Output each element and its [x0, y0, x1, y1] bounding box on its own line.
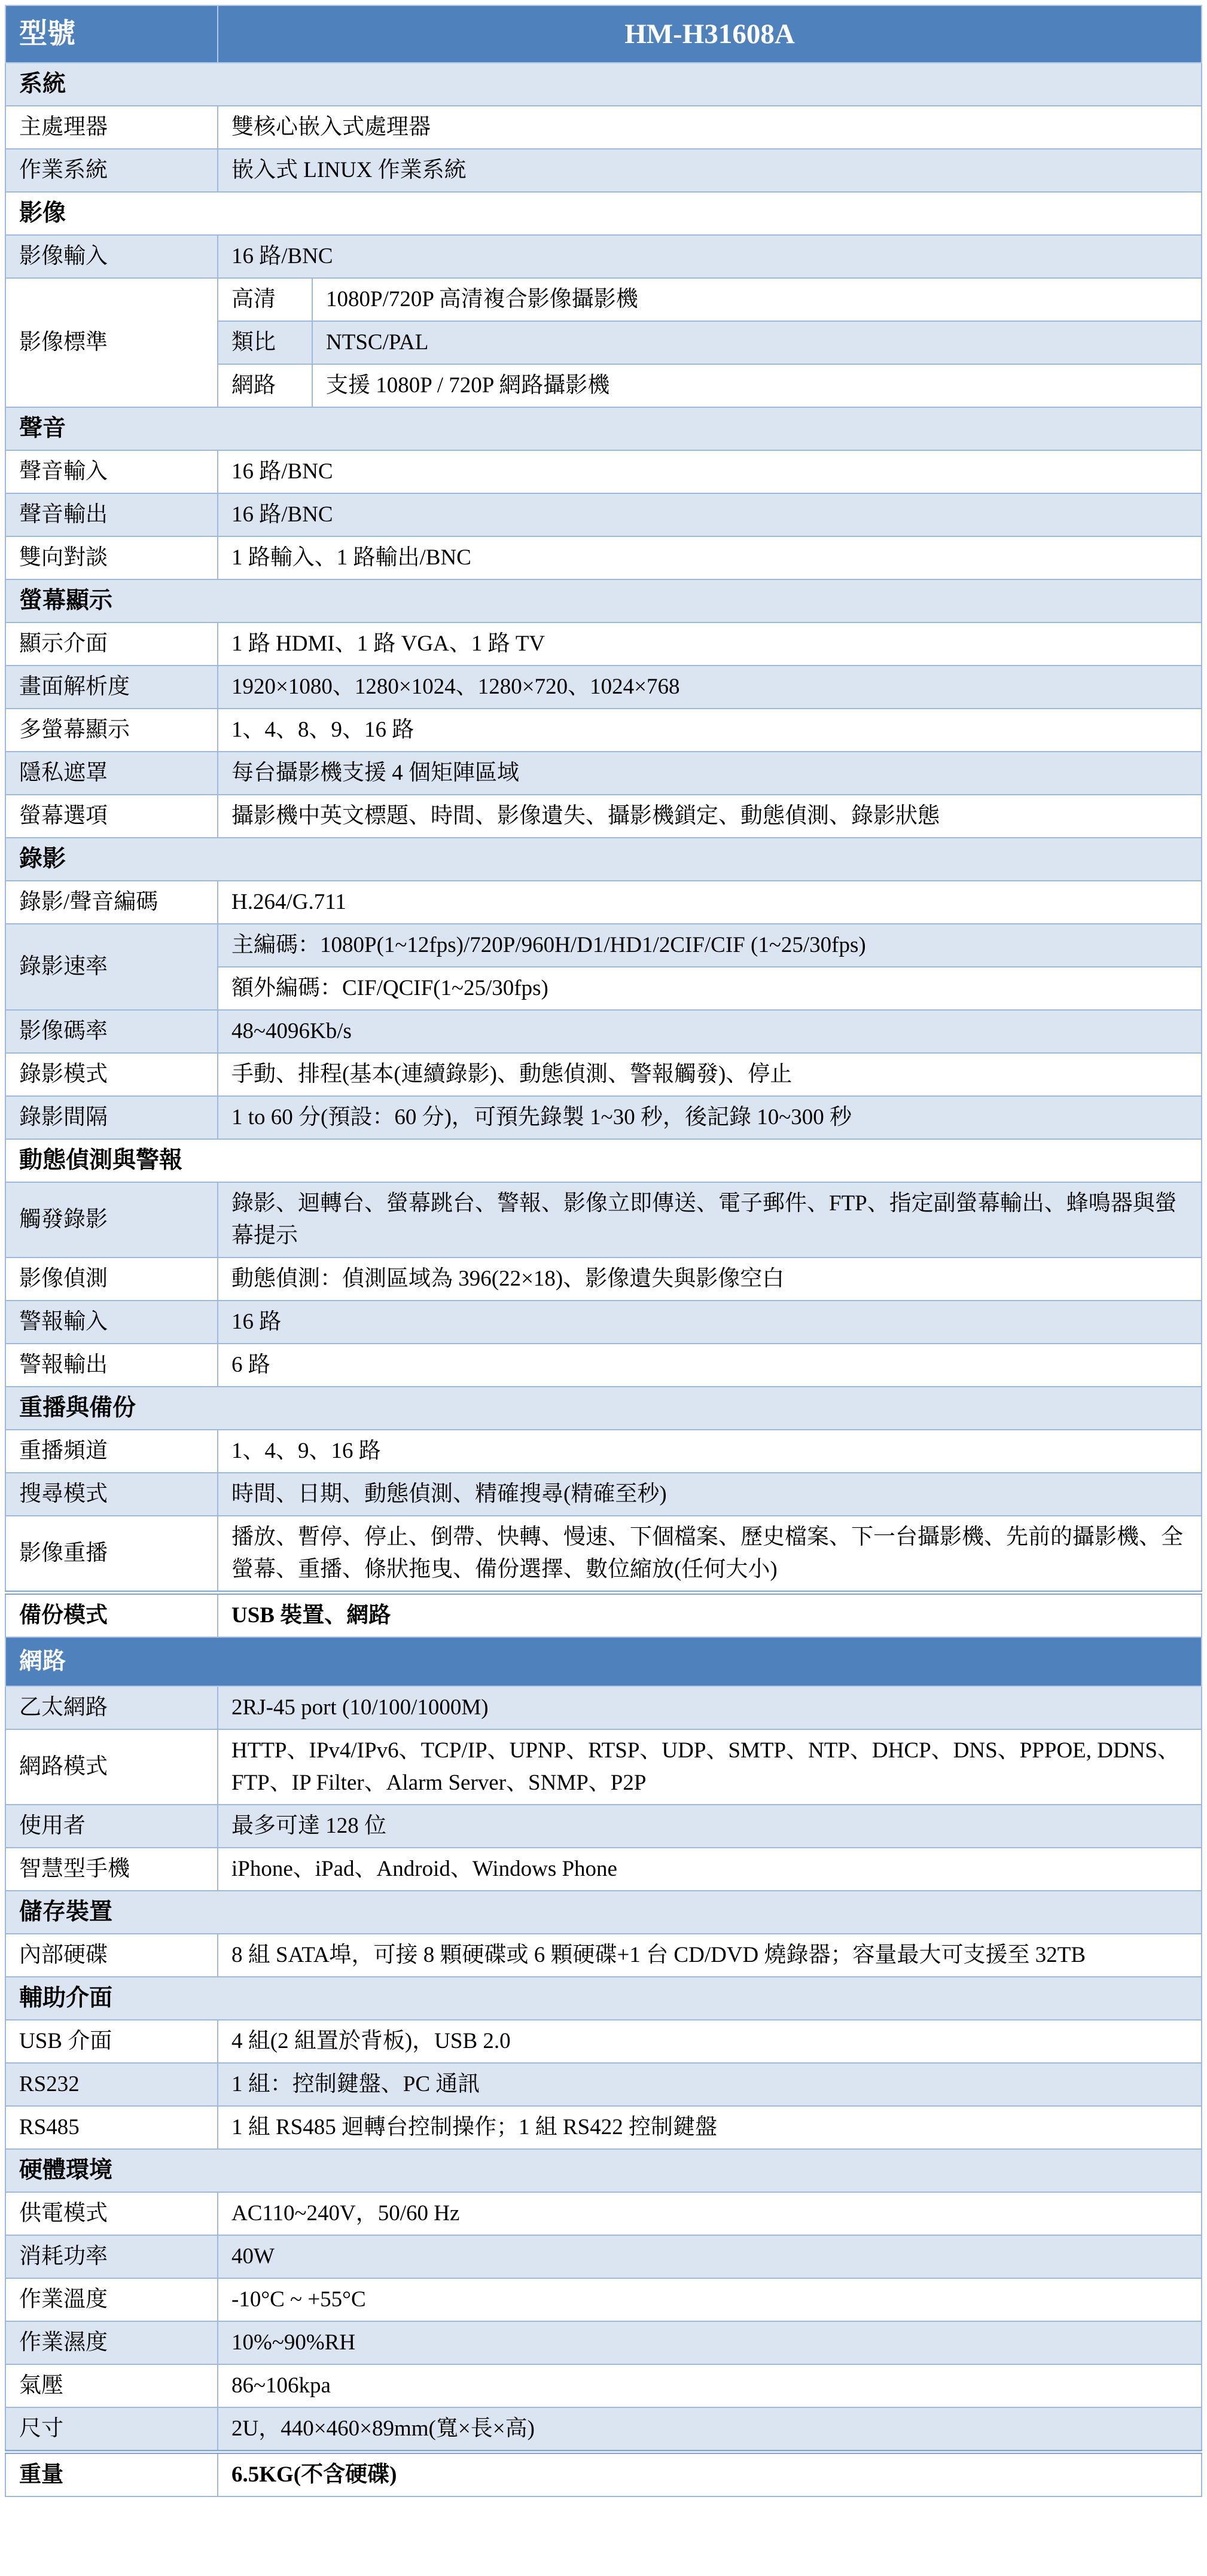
row-sublabel: 類比 [218, 321, 312, 364]
spec-row: 主處理器 雙核心嵌入式處理器 [5, 106, 1202, 149]
section-title: 輔助介面 [5, 1977, 1202, 2020]
row-label: 錄影模式 [5, 1053, 218, 1096]
row-value: H.264/G.711 [218, 881, 1202, 924]
spec-row: 錄影/聲音編碼 H.264/G.711 [5, 881, 1202, 924]
spec-row: 備份模式 USB 裝置、網路 [5, 1593, 1202, 1638]
spec-row: 重量 6.5KG(不含硬碟) [5, 2452, 1202, 2497]
section-row-system: 系統 [5, 63, 1202, 106]
row-label: 主處理器 [5, 106, 218, 149]
spec-row: 警報輸出 6 路 [5, 1344, 1202, 1387]
spec-row: 顯示介面 1 路 HDMI、1 路 VGA、1 路 TV [5, 622, 1202, 666]
section-row-motion-alarm: 動態偵測與警報 [5, 1139, 1202, 1182]
spec-row: 畫面解析度 1920×1080、1280×1024、1280×720、1024×… [5, 666, 1202, 709]
row-label: 內部硬碟 [5, 1934, 218, 1977]
row-value: 6.5KG(不含硬碟) [218, 2452, 1202, 2497]
row-label: 隱私遮罩 [5, 752, 218, 795]
row-label: RS232 [5, 2063, 218, 2106]
row-value: iPhone、iPad、Android、Windows Phone [218, 1848, 1202, 1891]
table-header-row: 型號 HM-H31608A [5, 5, 1202, 63]
spec-row: 螢幕選項 攝影機中英文標題、時間、影像遺失、攝影機鎖定、動態偵測、錄影狀態 [5, 795, 1202, 838]
row-value: 6 路 [218, 1344, 1202, 1387]
row-label: USB 介面 [5, 2020, 218, 2063]
section-title: 儲存裝置 [5, 1891, 1202, 1934]
row-label: 影像偵測 [5, 1258, 218, 1301]
row-label: 顯示介面 [5, 622, 218, 666]
spec-row: 影像輸入 16 路/BNC [5, 235, 1202, 278]
row-label: 重量 [5, 2452, 218, 2497]
section-row-display: 螢幕顯示 [5, 579, 1202, 622]
row-value: -10°C ~ +55°C [218, 2278, 1202, 2321]
spec-row: 錄影間隔 1 to 60 分(預設：60 分)，可預先錄製 1~30 秒，後記錄… [5, 1096, 1202, 1139]
row-value: 10%~90%RH [218, 2321, 1202, 2364]
spec-row: 聲音輸出 16 路/BNC [5, 493, 1202, 536]
row-value: 1 路 HDMI、1 路 VGA、1 路 TV [218, 622, 1202, 666]
row-label: 影像輸入 [5, 235, 218, 278]
row-value: 每台攝影機支援 4 個矩陣區域 [218, 752, 1202, 795]
row-value: 4 組(2 組置於背板)，USB 2.0 [218, 2020, 1202, 2063]
row-label: 警報輸入 [5, 1301, 218, 1344]
row-label: 氣壓 [5, 2364, 218, 2407]
row-label: 消耗功率 [5, 2235, 218, 2278]
row-value: 16 路 [218, 1301, 1202, 1344]
spec-table: 型號 HM-H31608A 系統 主處理器 雙核心嵌入式處理器 作業系統 嵌入式… [5, 5, 1202, 2497]
row-value: 錄影、迴轉台、螢幕跳台、警報、影像立即傳送、電子郵件、FTP、指定副螢幕輸出、蜂… [218, 1182, 1202, 1258]
row-value: 1 路輸入、1 路輸出/BNC [218, 536, 1202, 579]
spec-row: 重播頻道 1、4、9、16 路 [5, 1430, 1202, 1473]
row-label: 作業系統 [5, 149, 218, 192]
spec-row: 網路模式 HTTP、IPv4/IPv6、TCP/IP、UPNP、RTSP、UDP… [5, 1729, 1202, 1805]
row-value: HTTP、IPv4/IPv6、TCP/IP、UPNP、RTSP、UDP、SMTP… [218, 1729, 1202, 1805]
spec-row: 多螢幕顯示 1、4、8、9、16 路 [5, 709, 1202, 752]
spec-row: 搜尋模式 時間、日期、動態偵測、精確搜尋(精確至秒) [5, 1473, 1202, 1516]
row-label: 備份模式 [5, 1593, 218, 1638]
row-label: 作業溫度 [5, 2278, 218, 2321]
section-row-network: 網路 [5, 1637, 1202, 1686]
model-value: HM-H31608A [218, 5, 1202, 63]
section-title: 系統 [5, 63, 1202, 106]
spec-row: 聲音輸入 16 路/BNC [5, 450, 1202, 493]
row-value: NTSC/PAL [312, 321, 1202, 364]
row-value: 雙核心嵌入式處理器 [218, 106, 1202, 149]
section-title: 螢幕顯示 [5, 579, 1202, 622]
section-row-audio: 聲音 [5, 407, 1202, 450]
spec-row: 內部硬碟 8 組 SATA埠，可接 8 顆硬碟或 6 顆硬碟+1 台 CD/DV… [5, 1934, 1202, 1977]
row-value: 1 組：控制鍵盤、PC 通訊 [218, 2063, 1202, 2106]
spec-row: 影像重播 播放、暫停、停止、倒帶、快轉、慢速、下個檔案、歷史檔案、下一台攝影機、… [5, 1516, 1202, 1593]
row-label: 錄影間隔 [5, 1096, 218, 1139]
row-sublabel: 網路 [218, 364, 312, 407]
section-row-playback-backup: 重播與備份 [5, 1387, 1202, 1430]
spec-row: 乙太網路 2RJ-45 port (10/100/1000M) [5, 1686, 1202, 1729]
row-label: 畫面解析度 [5, 666, 218, 709]
row-label: 供電模式 [5, 2192, 218, 2235]
spec-row: 供電模式 AC110~240V，50/60 Hz [5, 2192, 1202, 2235]
row-value: 2U，440×460×89mm(寬×長×高) [218, 2407, 1202, 2452]
row-label: RS485 [5, 2106, 218, 2149]
row-value: 86~106kpa [218, 2364, 1202, 2407]
row-value: 嵌入式 LINUX 作業系統 [218, 149, 1202, 192]
row-label: 影像重播 [5, 1516, 218, 1593]
row-label: 聲音輸入 [5, 450, 218, 493]
row-value: 攝影機中英文標題、時間、影像遺失、攝影機鎖定、動態偵測、錄影狀態 [218, 795, 1202, 838]
spec-sheet: 型號 HM-H31608A 系統 主處理器 雙核心嵌入式處理器 作業系統 嵌入式… [0, 0, 1207, 2497]
row-value: 16 路/BNC [218, 493, 1202, 536]
row-value: AC110~240V，50/60 Hz [218, 2192, 1202, 2235]
row-label: 影像碼率 [5, 1010, 218, 1053]
row-label: 錄影速率 [5, 924, 218, 1010]
section-row-recording: 錄影 [5, 838, 1202, 881]
spec-row: 尺寸 2U，440×460×89mm(寬×長×高) [5, 2407, 1202, 2452]
row-value: 1 組 RS485 迴轉台控制操作；1 組 RS422 控制鍵盤 [218, 2106, 1202, 2149]
row-value: 播放、暫停、停止、倒帶、快轉、慢速、下個檔案、歷史檔案、下一台攝影機、先前的攝影… [218, 1516, 1202, 1593]
row-value: 支援 1080P / 720P 網路攝影機 [312, 364, 1202, 407]
spec-row: 作業系統 嵌入式 LINUX 作業系統 [5, 149, 1202, 192]
row-label: 重播頻道 [5, 1430, 218, 1473]
row-value: 2RJ-45 port (10/100/1000M) [218, 1686, 1202, 1729]
spec-row: 錄影模式 手動、排程(基本(連續錄影)、動態偵測、警報觸發)、停止 [5, 1053, 1202, 1096]
spec-row: 消耗功率 40W [5, 2235, 1202, 2278]
row-label: 作業濕度 [5, 2321, 218, 2364]
spec-row: 作業溫度 -10°C ~ +55°C [5, 2278, 1202, 2321]
row-value: 動態偵測：偵測區域為 396(22×18)、影像遺失與影像空白 [218, 1258, 1202, 1301]
spec-row: 影像碼率 48~4096Kb/s [5, 1010, 1202, 1053]
row-value: 16 路/BNC [218, 450, 1202, 493]
spec-row: USB 介面 4 組(2 組置於背板)，USB 2.0 [5, 2020, 1202, 2063]
spec-row: 警報輸入 16 路 [5, 1301, 1202, 1344]
row-value: 8 組 SATA埠，可接 8 顆硬碟或 6 顆硬碟+1 台 CD/DVD 燒錄器… [218, 1934, 1202, 1977]
row-label: 影像標準 [5, 278, 218, 407]
row-value: 40W [218, 2235, 1202, 2278]
row-value: 16 路/BNC [218, 235, 1202, 278]
row-value: 手動、排程(基本(連續錄影)、動態偵測、警報觸發)、停止 [218, 1053, 1202, 1096]
row-label: 多螢幕顯示 [5, 709, 218, 752]
section-title: 影像 [5, 192, 1202, 235]
row-value: 1 to 60 分(預設：60 分)，可預先錄製 1~30 秒，後記錄 10~3… [218, 1096, 1202, 1139]
row-label: 觸發錄影 [5, 1182, 218, 1258]
section-row-hardware-env: 硬體環境 [5, 2149, 1202, 2192]
row-value: 時間、日期、動態偵測、精確搜尋(精確至秒) [218, 1473, 1202, 1516]
row-value: 最多可達 128 位 [218, 1805, 1202, 1848]
row-value: USB 裝置、網路 [218, 1593, 1202, 1638]
row-value: 48~4096Kb/s [218, 1010, 1202, 1053]
row-label: 警報輸出 [5, 1344, 218, 1387]
spec-row: RS232 1 組：控制鍵盤、PC 通訊 [5, 2063, 1202, 2106]
spec-row: 智慧型手機 iPhone、iPad、Android、Windows Phone [5, 1848, 1202, 1891]
row-value: 1920×1080、1280×1024、1280×720、1024×768 [218, 666, 1202, 709]
section-title: 重播與備份 [5, 1387, 1202, 1430]
spec-row: 影像偵測 動態偵測：偵測區域為 396(22×18)、影像遺失與影像空白 [5, 1258, 1202, 1301]
row-label: 智慧型手機 [5, 1848, 218, 1891]
spec-row: 影像標準 高清 1080P/720P 高清複合影像攝影機 [5, 278, 1202, 321]
section-row-video: 影像 [5, 192, 1202, 235]
section-row-storage: 儲存裝置 [5, 1891, 1202, 1934]
spec-row: RS485 1 組 RS485 迴轉台控制操作；1 組 RS422 控制鍵盤 [5, 2106, 1202, 2149]
row-value: 1、4、8、9、16 路 [218, 709, 1202, 752]
section-row-aux-interface: 輔助介面 [5, 1977, 1202, 2020]
row-value: 額外編碼：CIF/QCIF(1~25/30fps) [218, 967, 1202, 1010]
spec-row: 作業濕度 10%~90%RH [5, 2321, 1202, 2364]
row-label: 乙太網路 [5, 1686, 218, 1729]
spec-row: 使用者 最多可達 128 位 [5, 1805, 1202, 1848]
section-title: 錄影 [5, 838, 1202, 881]
section-title: 網路 [5, 1637, 1202, 1686]
row-value: 1、4、9、16 路 [218, 1430, 1202, 1473]
row-label: 搜尋模式 [5, 1473, 218, 1516]
row-value: 主編碼：1080P(1~12fps)/720P/960H/D1/HD1/2CIF… [218, 924, 1202, 967]
row-label: 錄影/聲音編碼 [5, 881, 218, 924]
row-label: 尺寸 [5, 2407, 218, 2452]
row-label: 網路模式 [5, 1729, 218, 1805]
row-sublabel: 高清 [218, 278, 312, 321]
row-label: 雙向對談 [5, 536, 218, 579]
section-title: 動態偵測與警報 [5, 1139, 1202, 1182]
row-label: 聲音輸出 [5, 493, 218, 536]
spec-row: 氣壓 86~106kpa [5, 2364, 1202, 2407]
spec-row: 雙向對談 1 路輸入、1 路輸出/BNC [5, 536, 1202, 579]
spec-row: 隱私遮罩 每台攝影機支援 4 個矩陣區域 [5, 752, 1202, 795]
section-title: 聲音 [5, 407, 1202, 450]
spec-row: 錄影速率 主編碼：1080P(1~12fps)/720P/960H/D1/HD1… [5, 924, 1202, 967]
row-label: 螢幕選項 [5, 795, 218, 838]
row-label: 使用者 [5, 1805, 218, 1848]
model-label: 型號 [5, 5, 218, 63]
section-title: 硬體環境 [5, 2149, 1202, 2192]
spec-row: 觸發錄影 錄影、迴轉台、螢幕跳台、警報、影像立即傳送、電子郵件、FTP、指定副螢… [5, 1182, 1202, 1258]
row-value: 1080P/720P 高清複合影像攝影機 [312, 278, 1202, 321]
